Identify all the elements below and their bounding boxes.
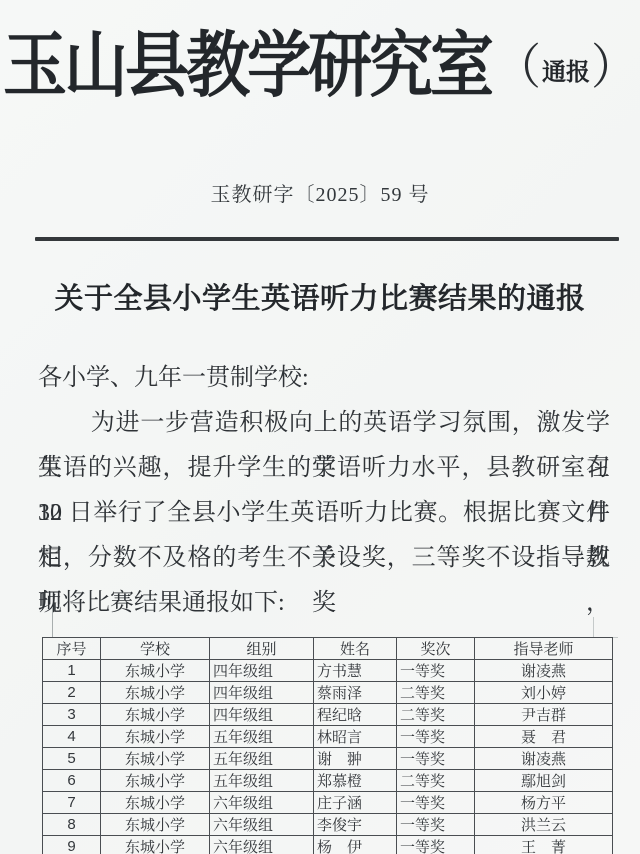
doc-header: 玉山县教学研究室 （ 通报 ） (0, 8, 640, 112)
table-cell: 8 (43, 814, 101, 836)
col-header-school: 学校 (101, 638, 210, 660)
table-row: 7东城小学六年级组庄子涵一等奖杨方平 (43, 792, 613, 814)
table-cell: 9 (43, 836, 101, 854)
table-cell: 东城小学 (101, 748, 210, 770)
scan-artifact-tick (52, 607, 53, 637)
table-cell: 四年级组 (210, 704, 314, 726)
body-line: 30 日举行了全县小学生英语听力比赛。根据比赛文件相关规 (38, 491, 610, 536)
table-cell: 杨方平 (475, 792, 613, 814)
scan-artifact-corner (593, 617, 618, 638)
table-cell: 六年级组 (210, 836, 314, 854)
table-cell: 东城小学 (101, 836, 210, 854)
table-row: 8东城小学六年级组李俊宇一等奖洪兰云 (43, 814, 613, 836)
table-cell: 五年级组 (210, 726, 314, 748)
table-cell: 一等奖 (397, 748, 475, 770)
agency-title: 玉山县教学研究室 (3, 8, 491, 111)
table-row: 9东城小学六年级组杨 伊一等奖王 菁 (43, 836, 613, 854)
table-cell: 二等奖 (397, 770, 475, 792)
scanned-notice-page: 玉山县教学研究室 （ 通报 ） 玉教研字〔2025〕59 号 关于全县小学生英语… (0, 0, 640, 854)
table-cell: 1 (43, 660, 101, 682)
results-table: 序号 学校 组别 姓名 奖次 指导老师 1东城小学四年级组方书慧一等奖谢凌燕2东… (42, 637, 613, 854)
table-cell: 李俊宇 (314, 814, 397, 836)
col-header-index: 序号 (43, 638, 101, 660)
table-cell: 东城小学 (101, 660, 210, 682)
table-cell: 方书慧 (314, 660, 397, 682)
table-body: 1东城小学四年级组方书慧一等奖谢凌燕2东城小学四年级组蔡雨泽二等奖刘小婷3东城小… (43, 660, 613, 854)
table-cell: 二等奖 (397, 682, 475, 704)
table-cell: 郑慕橙 (314, 770, 397, 792)
notice-title: 关于全县小学生英语听力比赛结果的通报 (0, 276, 640, 317)
table-cell: 六年级组 (210, 792, 314, 814)
table-cell: 一等奖 (397, 726, 475, 748)
table-cell: 四年级组 (210, 682, 314, 704)
table-cell: 一等奖 (397, 660, 475, 682)
table-row: 6东城小学五年级组郑慕橙二等奖鄢旭剑 (43, 770, 613, 792)
table-cell: 一等奖 (397, 792, 475, 814)
table-header-row: 序号 学校 组别 姓名 奖次 指导老师 (43, 638, 613, 660)
table-cell: 东城小学 (101, 682, 210, 704)
table-row: 1东城小学四年级组方书慧一等奖谢凌燕 (43, 660, 613, 682)
col-header-group: 组别 (210, 638, 314, 660)
table-cell: 程纪晗 (314, 704, 397, 726)
table-cell: 谢 翀 (314, 748, 397, 770)
table-cell: 庄子涵 (314, 792, 397, 814)
doc-type-label: 通报 (541, 52, 591, 87)
table-cell: 7 (43, 792, 101, 814)
doc-number: 玉教研字〔2025〕59 号 (0, 178, 640, 207)
table-cell: 东城小学 (101, 770, 210, 792)
table-cell: 2 (43, 682, 101, 704)
table-row: 2东城小学四年级组蔡雨泽二等奖刘小婷 (43, 682, 613, 704)
table-cell: 4 (43, 726, 101, 748)
paren-open: （ (495, 44, 541, 92)
table-cell: 六年级组 (210, 814, 314, 836)
table-cell: 王 菁 (475, 836, 613, 854)
table-row: 3东城小学四年级组程纪晗二等奖尹吉群 (43, 704, 613, 726)
table-cell: 刘小婷 (475, 682, 613, 704)
table-cell: 一等奖 (397, 836, 475, 854)
table-row: 4东城小学五年级组林昭言一等奖聂 君 (43, 726, 613, 748)
table-cell: 蔡雨泽 (314, 682, 397, 704)
header-divider-rule (35, 237, 619, 241)
body-line: 定，分数不及格的考生不予设奖，三等奖不设指导教师奖， (38, 536, 610, 581)
table-cell: 东城小学 (101, 792, 210, 814)
table-cell: 二等奖 (397, 704, 475, 726)
table-cell: 五年级组 (210, 770, 314, 792)
table-cell: 6 (43, 770, 101, 792)
table-cell: 东城小学 (101, 704, 210, 726)
table-cell: 尹吉群 (475, 704, 613, 726)
table-cell: 洪兰云 (475, 814, 613, 836)
table-cell: 林昭言 (314, 726, 397, 748)
table-row: 5东城小学五年级组谢 翀一等奖谢凌燕 (43, 748, 613, 770)
body-line: 英语的兴趣，提升学生的英语听力水平，县教研室在 12 月 (38, 446, 610, 491)
paren-close: ） (591, 44, 637, 92)
notice-body: 各小学、九年一贯制学校: 为进一步营造积极向上的英语学习氛围，激发学生学习 英语… (38, 356, 610, 626)
table-cell: 东城小学 (101, 726, 210, 748)
col-header-instructor: 指导老师 (475, 638, 613, 660)
table-cell: 一等奖 (397, 814, 475, 836)
table-cell: 谢凌燕 (475, 748, 613, 770)
col-header-prize: 奖次 (397, 638, 475, 660)
table-cell: 四年级组 (210, 660, 314, 682)
table-cell: 五年级组 (210, 748, 314, 770)
table-cell: 杨 伊 (314, 836, 397, 854)
table-cell: 聂 君 (475, 726, 613, 748)
table-cell: 5 (43, 748, 101, 770)
col-header-name: 姓名 (314, 638, 397, 660)
doc-type-annotation: （ 通报 ） (495, 45, 637, 91)
table-cell: 谢凌燕 (475, 660, 613, 682)
table-cell: 东城小学 (101, 814, 210, 836)
salutation-line: 各小学、九年一贯制学校: (38, 356, 610, 401)
body-line: 为进一步营造积极向上的英语学习氛围，激发学生学习 (38, 401, 610, 446)
table-cell: 3 (43, 704, 101, 726)
table-cell: 鄢旭剑 (475, 770, 613, 792)
